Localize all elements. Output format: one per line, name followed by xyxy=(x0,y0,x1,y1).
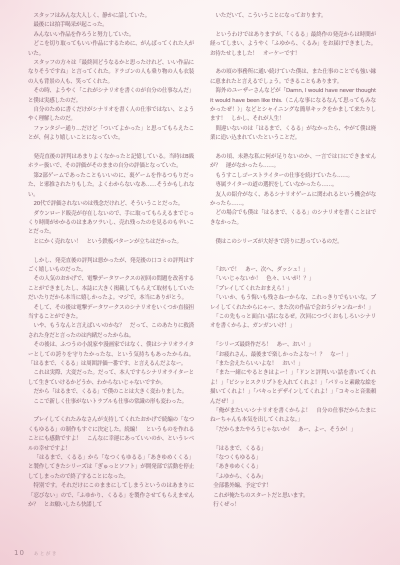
paragraph: 「はるまで、くるる」から「なつくもゆるる」「あきゆめくくる」と製作してきたシリー… xyxy=(28,454,194,482)
paragraph: これは実際、大変だった。だって、本人ですらシナリオライターとして生きていけるかど… xyxy=(28,369,194,388)
paragraph: その後は、ふつうの小説家や漫画家ではなく、僕はシナリオライターとしての誇りを守り… xyxy=(28,341,194,369)
paragraph-gap xyxy=(28,247,194,256)
paragraph: 「この先もっと面白い話になるぜ。次回につづくおもしろいシナリオを書くからよ、ガン… xyxy=(210,313,376,332)
paragraph: みんないい作品を作ろうと努力していた。 xyxy=(28,31,194,40)
paragraph: いただいて、こういうことになっております。 xyxy=(210,12,376,21)
paragraph: 「プレイしてくれたおまえら！」 xyxy=(210,285,376,294)
paragraph: ダウンロード販売が存在しないので、手に取ってもらえるまでじっくり時間がかかるのは… xyxy=(28,210,194,238)
paragraph: 自分のために書くだけがシナリオを書く人の仕事ではない、とようやく理解したのだ。 xyxy=(28,106,194,125)
paragraph: しかし、発売直後の評判は悪かったが、発売後の口コミの評判はすごく嬉しいものだった… xyxy=(28,257,194,276)
paragraph: 海外のユーザーさんなどが「Damn, I would have never th… xyxy=(210,87,376,125)
paragraph: スタッフの方々は「最終回どうなるかと思ったけれど、いい作品になりそうですね」と言… xyxy=(28,59,194,87)
paragraph: その人気のおかげで、電撃データワークスの初回の問題を改善することができましたし、… xyxy=(28,275,194,303)
paragraph: 「いいか、もう悔いも残さねーからな、これっきりでもいいな。プレイしてくれたからに… xyxy=(210,294,376,313)
paragraph: 間違いないのは「はるまで、くるる」がなかったら、やがて僕は廃業に追い込まれていた… xyxy=(210,125,376,144)
paragraph-gap xyxy=(210,144,376,153)
paragraph: いや、もうなんと言えばいいのかな？ だって、このあたりに救済された身だと言ったの… xyxy=(28,322,194,341)
paragraph: 「なつくもゆるる」 xyxy=(210,454,376,463)
page-footer: 10 あとがき xyxy=(14,549,58,557)
paragraph: 「お疲れさん、最後まで楽しかったよな〜！？ なー！」 xyxy=(210,351,376,360)
paragraph: 特別です。それだけにこのままにしてしまうというのはあまりに「忍びない」ので、「ふ… xyxy=(28,482,194,510)
paragraph: 「ふゆから、くるみ」 xyxy=(210,473,376,482)
paragraph: 最後には拍手喝采が起こった。 xyxy=(28,21,194,30)
paragraph: 「シリーズ最終作だろ！ あー、おい！」 xyxy=(210,341,376,350)
paragraph: もうすこしゴーストライターの仕事を続けていたら……。 xyxy=(210,172,376,181)
paragraph: プレイしてくれたみなさんが支持してくれたおかげで続編の「なつくもゆるる」の制作も… xyxy=(28,416,194,454)
paragraph-gap xyxy=(210,59,376,68)
paragraph-gap xyxy=(210,332,376,341)
paragraph: あの頃、未熟な私に何が足りないのか、一言では口にできませんが？ 運がなかったら…… xyxy=(210,153,376,172)
paragraph: 第2部ゲームであったこともいいのに、裏ゲームを作るつもりだった、と邪推されたりも… xyxy=(28,172,194,200)
paragraph: というわけではありますが、「くるる」最終作の発売からは時間が経ってしまい、ようや… xyxy=(210,31,376,59)
book-page: スタッフはみんな大人しく、静かに話していた。最後には拍手喝采が起こった。みんない… xyxy=(0,0,400,565)
paragraph: とにかく売れない！ という鉄板パターンが立ちはだかった。 xyxy=(28,238,194,247)
paragraph: スタッフはみんな大人しく、静かに話していた。 xyxy=(28,12,194,21)
paragraph: だから「はるまで、くるる」で僕のことは大きく変わりました。 xyxy=(28,388,194,397)
paragraph: 「だからまたやろうじゃないか！ あー、よー、そうか！」 xyxy=(210,426,376,435)
paragraph-gap xyxy=(28,144,194,153)
paragraph: 「はるまで、くるる」 xyxy=(210,445,376,454)
paragraph: 「俺がまたいいシナリオを書くからよ！ 自分の仕事だからたまにねーちゃんも本気を出… xyxy=(210,407,376,426)
paragraph-gap xyxy=(210,435,376,444)
paragraph-gap xyxy=(210,256,376,265)
text-column-left: スタッフはみんな大人しく、静かに話していた。最後には拍手喝采が起こった。みんない… xyxy=(28,12,194,510)
text-column-right: いただいて、こういうことになっております。というわけではありますが、「くるる」最… xyxy=(210,12,376,510)
paragraph-gap xyxy=(210,247,376,256)
paragraph: 僕はこのシリーズが大好きで誇りに思っているのだ。 xyxy=(210,238,376,247)
paragraph: これが俺たちのスタートだと思います。 xyxy=(210,492,376,501)
paragraph-gap xyxy=(210,228,376,237)
paragraph: 20代で評価されないのは残念だけれど、そういうことだった。 xyxy=(28,200,194,209)
paragraph: 専属ライターの道の選択をしていなかったら……。 xyxy=(210,181,376,190)
page-number: 10 xyxy=(14,549,25,557)
paragraph-gap xyxy=(28,407,194,416)
paragraph: どの場合でも僕は「はるまで、くるる」のシナリオを書くことはできなかった。 xyxy=(210,209,376,228)
paragraph-gap xyxy=(210,21,376,30)
paragraph: ここで新しく仕事がないトラブルも仕事の常識の形も変わった。 xyxy=(28,398,194,407)
paragraph: 「いいじゃないか！ 色々、いいが！？」 xyxy=(210,275,376,284)
paragraph: 全部番外編、予定です！ xyxy=(210,482,376,491)
paragraph: 「おいで！ あー、次へ、ダッシュ！」 xyxy=(210,266,376,275)
paragraph: 「また会えたらいいよな！ おい！」 xyxy=(210,360,376,369)
paragraph: そして、その後は電撃データワークスのシナリオをいくつか直接担当することができた。 xyxy=(28,304,194,323)
paragraph: 発売直後の評判はあまりよくなかったと記憶している。当時はB級ホラー扱いで、その評… xyxy=(28,153,194,172)
footer-caption: あとがき xyxy=(34,551,58,557)
paragraph: 友人の紹介がなく、あるシナリオゲームに関われるという機会がなかったら……。 xyxy=(210,191,376,210)
paragraph: 「あきゆめくくる」 xyxy=(210,463,376,472)
paragraph: どこを切り取ってもいい作品にするために、がんばってくれた人がいた。 xyxy=(28,40,194,59)
paragraph: 「また一緒にやるときはよー！」「ドンと評判いい話を書いてくれよ！」「ビシッとスク… xyxy=(210,369,376,407)
paragraph: あの頃の事務所に通い続けていた僕は、また仕事のことでも強い縁に恵まれたと言えるで… xyxy=(210,68,376,87)
paragraph: ファンタジー通り…だけど「ついてよかった」と思ってもらえたことが、何より嬉しいこ… xyxy=(28,125,194,144)
paragraph: その時、ようやく「これがシナリオを書くのが自分の仕事なんだ」と僕は実感したのだ。 xyxy=(28,87,194,106)
paragraph: 行くぜっ！ xyxy=(210,501,376,510)
